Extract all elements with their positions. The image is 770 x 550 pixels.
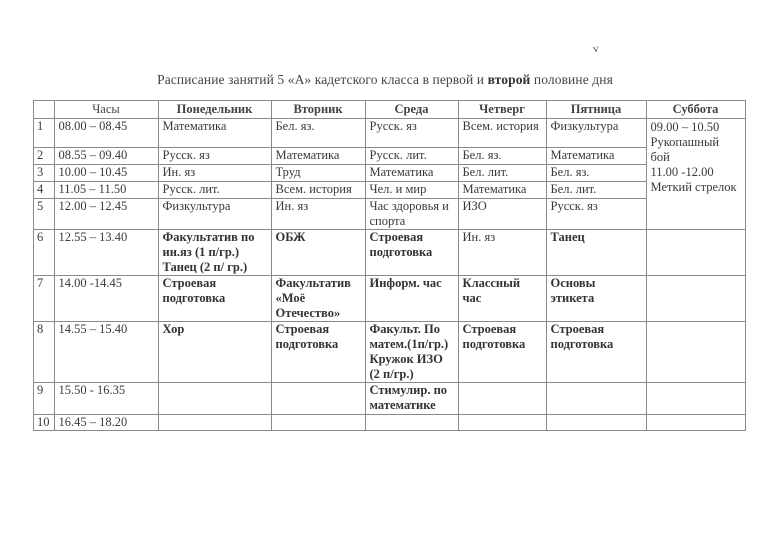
- table-row: 6 12.55 – 13.40 Факультатив по ин.яз (1 …: [34, 230, 746, 276]
- lesson-number: 6: [34, 230, 55, 276]
- cell-monday: Математика: [158, 119, 271, 148]
- cell-friday: [546, 383, 646, 415]
- cell-monday: [158, 383, 271, 415]
- cell-thursday: Строевая подготовка: [458, 322, 546, 383]
- lesson-number: 3: [34, 165, 55, 182]
- cell-thursday: [458, 415, 546, 431]
- cell-friday: Строевая подготовка: [546, 322, 646, 383]
- cell-tuesday: [271, 415, 365, 431]
- title-text-end: половине дня: [530, 72, 612, 87]
- cell-monday: Ин. яз: [158, 165, 271, 182]
- cell-monday: Факультатив по ин.яз (1 п/гр.) Танец (2 …: [158, 230, 271, 276]
- cell-tuesday: Строевая подготовка: [271, 322, 365, 383]
- cell-wednesday: Русск. лит.: [365, 148, 458, 165]
- lesson-number: 10: [34, 415, 55, 431]
- cell-thursday: Всем. история: [458, 119, 546, 148]
- cell-saturday: [646, 276, 745, 322]
- cell-monday: Русск. лит.: [158, 182, 271, 199]
- lesson-number: 9: [34, 383, 55, 415]
- cell-tuesday: Факультатив «Моё Отечество»: [271, 276, 365, 322]
- saturday-activity-1: Рукопашный бой: [651, 135, 741, 165]
- table-row: 2 08.55 – 09.40 Русск. яз Математика Рус…: [34, 148, 746, 165]
- table-row: 8 14.55 – 15.40 Хор Строевая подготовка …: [34, 322, 746, 383]
- cell-monday: Хор: [158, 322, 271, 383]
- cell-thursday: Математика: [458, 182, 546, 199]
- lesson-number: 8: [34, 322, 55, 383]
- header-wednesday: Среда: [365, 101, 458, 119]
- cell-wednesday: Математика: [365, 165, 458, 182]
- cell-friday: Математика: [546, 148, 646, 165]
- saturday-time-2: 11.00 -12.00: [651, 165, 741, 180]
- cell-friday: Танец: [546, 230, 646, 276]
- cell-friday: Русск. яз: [546, 199, 646, 230]
- cell-wednesday: Информ. час: [365, 276, 458, 322]
- lesson-number: 5: [34, 199, 55, 230]
- header-num: [34, 101, 55, 119]
- lesson-hours: 14.55 – 15.40: [54, 322, 158, 383]
- header-thursday: Четверг: [458, 101, 546, 119]
- corner-mark: v: [592, 43, 600, 56]
- header-saturday: Суббота: [646, 101, 745, 119]
- cell-wednesday: Час здоровья и спорта: [365, 199, 458, 230]
- cell-saturday: [646, 230, 745, 276]
- header-row: Часы Понедельник Вторник Среда Четверг П…: [34, 101, 746, 119]
- lesson-hours: 12.00 – 12.45: [54, 199, 158, 230]
- table-row: 7 14.00 -14.45 Строевая подготовка Факул…: [34, 276, 746, 322]
- lesson-hours: 14.00 -14.45: [54, 276, 158, 322]
- cell-tuesday: Всем. история: [271, 182, 365, 199]
- saturday-time-1: 09.00 – 10.50: [651, 120, 741, 135]
- page-title: Расписание занятий 5 «А» кадетского клас…: [0, 72, 770, 88]
- cell-tuesday: Ин. яз: [271, 199, 365, 230]
- table-row: 5 12.00 – 12.45 Физкультура Ин. яз Час з…: [34, 199, 746, 230]
- cell-wednesday: Строевая подготовка: [365, 230, 458, 276]
- lesson-hours: 12.55 – 13.40: [54, 230, 158, 276]
- lesson-hours: 11.05 – 11.50: [54, 182, 158, 199]
- cell-thursday: Ин. яз: [458, 230, 546, 276]
- lesson-number: 1: [34, 119, 55, 148]
- cell-wednesday: Русск. яз: [365, 119, 458, 148]
- cell-saturday-block: 09.00 – 10.50 Рукопашный бой 11.00 -12.0…: [646, 119, 745, 230]
- cell-wednesday: [365, 415, 458, 431]
- header-tuesday: Вторник: [271, 101, 365, 119]
- cell-tuesday: Математика: [271, 148, 365, 165]
- cell-monday: Строевая подготовка: [158, 276, 271, 322]
- cell-wednesday: Стимулир. по математике: [365, 383, 458, 415]
- cell-saturday: [646, 415, 745, 431]
- cell-thursday: ИЗО: [458, 199, 546, 230]
- lesson-number: 4: [34, 182, 55, 199]
- cell-thursday: Бел. яз.: [458, 148, 546, 165]
- cell-tuesday: ОБЖ: [271, 230, 365, 276]
- cell-friday: [546, 415, 646, 431]
- header-friday: Пятница: [546, 101, 646, 119]
- cell-thursday: [458, 383, 546, 415]
- cell-friday: Бел. лит.: [546, 182, 646, 199]
- title-bold-text: второй: [488, 72, 531, 87]
- saturday-activity-2: Меткий стрелок: [651, 180, 741, 195]
- cell-friday: Бел. яз.: [546, 165, 646, 182]
- lesson-number: 2: [34, 148, 55, 165]
- cell-tuesday: Бел. яз.: [271, 119, 365, 148]
- lesson-hours: 08.00 – 08.45: [54, 119, 158, 148]
- header-hours: Часы: [54, 101, 158, 119]
- lesson-hours: 16.45 – 18.20: [54, 415, 158, 431]
- lesson-hours: 08.55 – 09.40: [54, 148, 158, 165]
- lesson-hours: 15.50 - 16.35: [54, 383, 158, 415]
- schedule-table: Часы Понедельник Вторник Среда Четверг П…: [33, 100, 746, 431]
- cell-wednesday: Чел. и мир: [365, 182, 458, 199]
- cell-friday: Физкультура: [546, 119, 646, 148]
- table-row: 10 16.45 – 18.20: [34, 415, 746, 431]
- header-monday: Понедельник: [158, 101, 271, 119]
- cell-tuesday: [271, 383, 365, 415]
- table-row: 4 11.05 – 11.50 Русск. лит. Всем. истори…: [34, 182, 746, 199]
- cell-saturday: [646, 383, 745, 415]
- lesson-number: 7: [34, 276, 55, 322]
- lesson-hours: 10.00 – 10.45: [54, 165, 158, 182]
- cell-saturday: [646, 322, 745, 383]
- table-row: 1 08.00 – 08.45 Математика Бел. яз. Русс…: [34, 119, 746, 148]
- cell-thursday: Классный час: [458, 276, 546, 322]
- cell-friday: Основы этикета: [546, 276, 646, 322]
- cell-thursday: Бел. лит.: [458, 165, 546, 182]
- table-row: 3 10.00 – 10.45 Ин. яз Труд Математика Б…: [34, 165, 746, 182]
- cell-monday: Физкультура: [158, 199, 271, 230]
- cell-monday: [158, 415, 271, 431]
- table-row: 9 15.50 - 16.35 Стимулир. по математике: [34, 383, 746, 415]
- cell-monday: Русск. яз: [158, 148, 271, 165]
- cell-tuesday: Труд: [271, 165, 365, 182]
- title-text: Расписание занятий 5 «А» кадетского клас…: [157, 72, 488, 87]
- cell-wednesday: Факульт. По матем.(1п/гр.) Кружок ИЗО (2…: [365, 322, 458, 383]
